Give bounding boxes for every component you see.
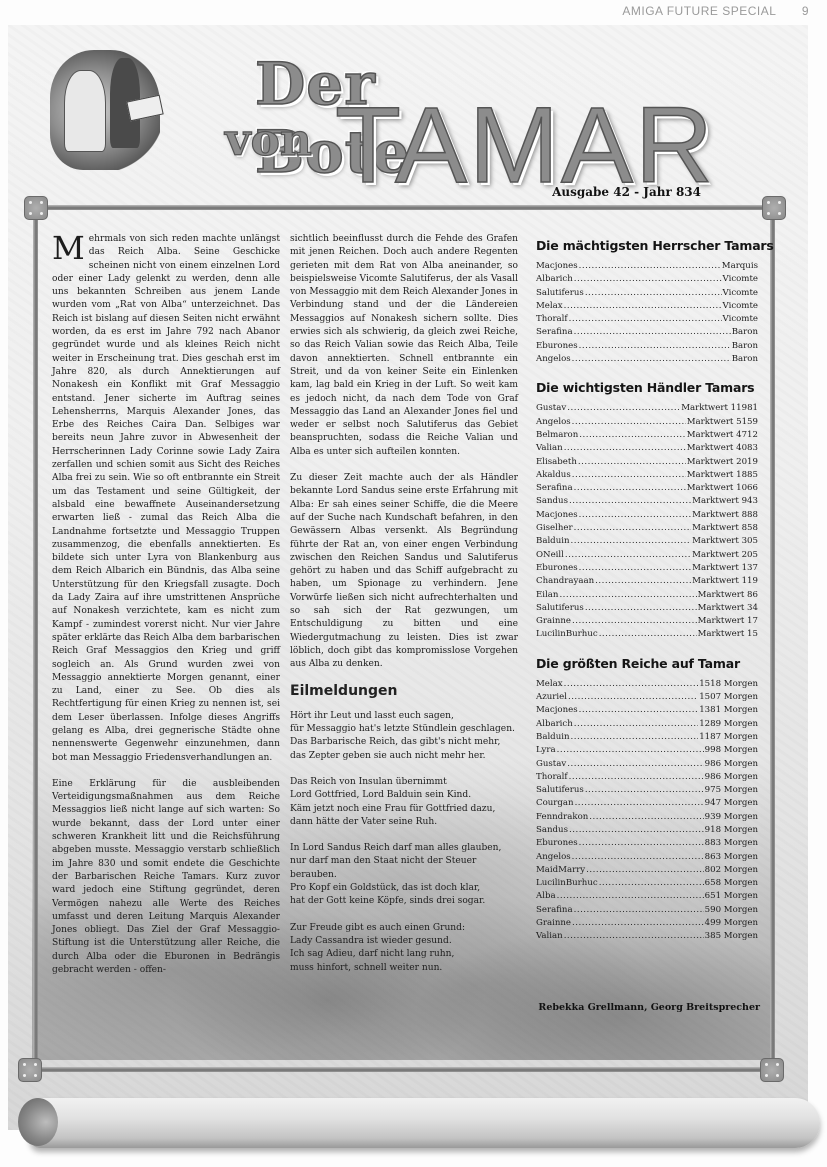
list-item: Lyra998 Morgen: [536, 744, 758, 757]
list-item: Macjones1381 Morgen: [536, 704, 758, 717]
list-item: GiselherMarktwert 858: [536, 522, 758, 535]
dot-leader: [567, 402, 680, 415]
list-item: MelaxVicomte: [536, 300, 758, 313]
list-item-value: Marktwert 1885: [687, 469, 758, 482]
list-item-value: Marktwert 86: [698, 589, 758, 602]
list-item-value: 499 Morgen: [705, 917, 758, 930]
list-item: Alba651 Morgen: [536, 890, 758, 903]
list-item-value: 986 Morgen: [705, 758, 758, 771]
list-item-value: Vicomte: [723, 287, 758, 300]
scroll-curl: [18, 1098, 58, 1146]
list-item-name: Akaldus: [536, 469, 571, 482]
list-item: Albarich1289 Morgen: [536, 718, 758, 731]
list-item-value: 975 Morgen: [705, 784, 758, 797]
list-item-name: MaidMarry: [536, 864, 585, 877]
list-item: EburonesMarktwert 137: [536, 562, 758, 575]
list-item-name: Valian: [536, 930, 563, 943]
list-item-value: 651 Morgen: [705, 890, 758, 903]
dot-leader: [569, 313, 722, 326]
dot-leader: [571, 731, 699, 744]
list-item: Serafina590 Morgen: [536, 904, 758, 917]
list-item-value: Marktwert 119: [692, 575, 758, 588]
dot-leader: [579, 429, 685, 442]
list-item-value: Marktwert 1066: [687, 482, 758, 495]
list-item-value: Marktwert 11981: [681, 402, 758, 415]
list-item: Courgan947 Morgen: [536, 797, 758, 810]
frame-left-bar: [33, 212, 38, 1067]
frame-corner-rivet-icon: [760, 1058, 784, 1082]
list-item-value: Marktwert 943: [692, 495, 758, 508]
realms-list: Melax1518 MorgenAzuriel1507 MorgenMacjon…: [536, 678, 758, 944]
list-item-value: 918 Morgen: [705, 824, 758, 837]
list-item: SerafinaBaron: [536, 326, 758, 339]
dot-leader: [579, 509, 692, 522]
rulers-list: MacjonesMarquisAlbarichVicomteSalutiferu…: [536, 260, 758, 366]
authors-byline: Rebekka Grellmann, Georg Breitsprecher: [538, 1002, 760, 1013]
scroll-roll: [30, 1098, 820, 1148]
list-item-value: Marktwert 4712: [687, 429, 758, 442]
dot-leader: [578, 456, 686, 469]
list-item-name: Melax: [536, 300, 563, 313]
list-item: MacjonesMarquis: [536, 260, 758, 273]
list-item-value: 1187 Morgen: [699, 731, 758, 744]
list-item-name: LucilinBurhuc: [536, 877, 598, 890]
list-item-value: Marktwert 888: [692, 509, 758, 522]
article-paragraph: Zu dieser Zeit machte auch der als Händl…: [290, 472, 518, 671]
list-item-name: ONeill: [536, 549, 564, 562]
article-column-1: Mehrmals von sich reden machte unlängst …: [52, 233, 280, 990]
list-item-name: Macjones: [536, 260, 578, 273]
dot-leader: [586, 864, 703, 877]
list-item-value: 1507 Morgen: [699, 691, 758, 704]
dot-leader: [569, 495, 691, 508]
list-item-value: Marktwert 34: [698, 602, 758, 615]
news-heading: Eilmeldungen: [290, 685, 518, 698]
list-item-value: Marktwert 2019: [687, 456, 758, 469]
list-item: Salutiferus975 Morgen: [536, 784, 758, 797]
dot-leader: [574, 904, 704, 917]
list-item-name: Chandrayaan: [536, 575, 594, 588]
dot-leader: [564, 300, 722, 313]
traders-title: Die wichtigsten Händler Tamars: [536, 380, 758, 395]
list-item-value: 986 Morgen: [705, 771, 758, 784]
list-item: GrainneMarktwert 17: [536, 615, 758, 628]
list-item-name: Balduin: [536, 535, 570, 548]
list-item: SandusMarktwert 943: [536, 495, 758, 508]
list-item: Valian385 Morgen: [536, 930, 758, 943]
frame-right-bar: [770, 212, 775, 1067]
list-item-value: Marktwert 137: [692, 562, 758, 575]
list-item: SerafinaMarktwert 1066: [536, 482, 758, 495]
king-figure: [64, 70, 106, 152]
list-item-name: Fenndrakon: [536, 811, 588, 824]
list-item-name: Angelos: [536, 416, 571, 429]
list-item: MacjonesMarktwert 888: [536, 509, 758, 522]
list-item: ElisabethMarktwert 2019: [536, 456, 758, 469]
list-item-name: Alba: [536, 890, 556, 903]
list-item: EburonesBaron: [536, 340, 758, 353]
list-item-name: Melax: [536, 678, 563, 691]
dot-leader: [585, 602, 697, 615]
dot-leader: [571, 535, 692, 548]
list-item: SalutiferusVicomte: [536, 287, 758, 300]
dot-leader: [572, 469, 686, 482]
dot-leader: [574, 522, 692, 535]
list-item: Angelos863 Morgen: [536, 851, 758, 864]
list-item: MaidMarry802 Morgen: [536, 864, 758, 877]
list-item-name: Angelos: [536, 353, 571, 366]
list-item-value: Marquis: [722, 260, 758, 273]
list-item-value: 939 Morgen: [705, 811, 758, 824]
page-number: 9: [802, 4, 809, 18]
dot-leader: [599, 628, 697, 641]
list-item: Sandus918 Morgen: [536, 824, 758, 837]
dot-leader: [569, 824, 704, 837]
list-item-name: Balduin: [536, 731, 570, 744]
article-paragraph: Mehrmals von sich reden machte unlängst …: [52, 233, 280, 765]
dot-leader: [574, 718, 698, 731]
list-item: Azuriel1507 Morgen: [536, 691, 758, 704]
list-item-name: Albarich: [536, 718, 573, 731]
list-item-name: Macjones: [536, 509, 578, 522]
dot-leader: [595, 575, 691, 588]
frame-corner-rivet-icon: [24, 196, 48, 220]
list-item-name: Macjones: [536, 704, 578, 717]
list-item: SalutiferusMarktwert 34: [536, 602, 758, 615]
list-item-value: Vicomte: [723, 313, 758, 326]
poem-stanza: Zur Freude gibt es auch einen Grund: Lad…: [290, 922, 518, 975]
page-header: AMIGA FUTURE SPECIAL 9: [622, 4, 809, 18]
list-item-value: Baron: [732, 353, 758, 366]
list-item: ONeillMarktwert 205: [536, 549, 758, 562]
dot-leader: [599, 877, 704, 890]
list-item: Fenndrakon939 Morgen: [536, 811, 758, 824]
list-item-value: Marktwert 858: [692, 522, 758, 535]
dot-leader: [574, 482, 686, 495]
dot-leader: [568, 691, 698, 704]
list-item-value: 658 Morgen: [705, 877, 758, 890]
list-item-name: Thoralf: [536, 771, 568, 784]
poem-stanza: Hört ihr Leut und lasst euch sagen, für …: [290, 710, 518, 763]
rankings-sidebar: Die mächtigsten Herrscher Tamars Macjone…: [536, 238, 758, 958]
list-item-value: Baron: [732, 340, 758, 353]
dot-leader: [565, 549, 691, 562]
poem-stanza: Das Reich von Insulan übernimmt Lord Got…: [290, 776, 518, 829]
publication-name: AMIGA FUTURE SPECIAL: [622, 4, 776, 18]
list-item-value: 998 Morgen: [705, 744, 758, 757]
list-item-name: Angelos: [536, 851, 571, 864]
list-item: Balduin1187 Morgen: [536, 731, 758, 744]
dot-leader: [572, 416, 686, 429]
list-item: Melax1518 Morgen: [536, 678, 758, 691]
list-item-value: Vicomte: [723, 273, 758, 286]
list-item-value: 802 Morgen: [705, 864, 758, 877]
list-item-value: Marktwert 305: [692, 535, 758, 548]
list-item-name: Serafina: [536, 904, 573, 917]
masthead-von: von: [225, 115, 312, 166]
list-item-name: Eburones: [536, 837, 578, 850]
list-item-name: Elisabeth: [536, 456, 577, 469]
issue-label: Ausgabe 42 - Jahr 834: [552, 185, 701, 199]
frame-bottom-bar: [40, 1067, 780, 1072]
list-item-name: Grainne: [536, 917, 571, 930]
traders-list: GustavMarktwert 11981AngelosMarktwert 51…: [536, 402, 758, 641]
list-item-value: Marktwert 5159: [687, 416, 758, 429]
dot-leader: [564, 442, 686, 455]
dot-leader: [569, 771, 704, 784]
realms-title: Die größten Reiche auf Tamar: [536, 656, 758, 671]
dot-leader: [557, 744, 704, 757]
dot-leader: [574, 326, 731, 339]
list-item-name: Eburones: [536, 562, 578, 575]
dot-leader: [579, 260, 721, 273]
list-item: ChandrayaanMarktwert 119: [536, 575, 758, 588]
article-paragraph: sichtlich beeinflusst durch die Fehde de…: [290, 233, 518, 459]
list-item-name: Grainne: [536, 615, 571, 628]
list-item: AngelosBaron: [536, 353, 758, 366]
list-item: GustavMarktwert 11981: [536, 402, 758, 415]
rulers-title: Die mächtigsten Herrscher Tamars: [536, 238, 758, 253]
list-item-name: LucilinBurhuc: [536, 628, 598, 641]
list-item: AngelosMarktwert 5159: [536, 416, 758, 429]
list-item-value: 947 Morgen: [705, 797, 758, 810]
list-item: Grainne499 Morgen: [536, 917, 758, 930]
list-item-value: 863 Morgen: [705, 851, 758, 864]
frame-top-bar: [40, 205, 780, 210]
frame-corner-rivet-icon: [762, 196, 786, 220]
list-item-name: Salutiferus: [536, 287, 584, 300]
list-item-name: Eburones: [536, 340, 578, 353]
list-item-name: Serafina: [536, 482, 573, 495]
list-item: AkaldusMarktwert 1885: [536, 469, 758, 482]
dot-leader: [572, 917, 704, 930]
list-item-name: Gustav: [536, 402, 566, 415]
king-and-advisor-illustration: [50, 50, 160, 170]
list-item-name: Sandus: [536, 824, 568, 837]
list-item-value: Vicomte: [723, 300, 758, 313]
dot-leader: [575, 797, 704, 810]
list-item-name: Belmaron: [536, 429, 578, 442]
dot-leader: [585, 784, 704, 797]
list-item-name: Sandus: [536, 495, 568, 508]
list-item: AlbarichVicomte: [536, 273, 758, 286]
dot-leader: [557, 890, 704, 903]
list-item-value: Marktwert 4083: [687, 442, 758, 455]
list-item-value: Baron: [732, 326, 758, 339]
dot-leader: [574, 273, 722, 286]
dot-leader: [564, 678, 699, 691]
list-item: Thoralf986 Morgen: [536, 771, 758, 784]
article-column-2: sichtlich beeinflusst durch die Fehde de…: [290, 233, 518, 988]
list-item-value: 590 Morgen: [705, 904, 758, 917]
list-item-name: Albarich: [536, 273, 573, 286]
dot-leader: [572, 851, 704, 864]
list-item-value: Marktwert 17: [698, 615, 758, 628]
dot-leader: [579, 837, 704, 850]
dot-leader: [572, 615, 697, 628]
list-item-value: Marktwert 205: [692, 549, 758, 562]
dot-leader: [579, 704, 699, 717]
list-item: ValianMarktwert 4083: [536, 442, 758, 455]
list-item-value: 883 Morgen: [705, 837, 758, 850]
list-item: LucilinBurhuc658 Morgen: [536, 877, 758, 890]
list-item-name: Salutiferus: [536, 602, 584, 615]
dot-leader: [572, 353, 731, 366]
list-item-name: Lyra: [536, 744, 556, 757]
list-item-value: 1518 Morgen: [699, 678, 758, 691]
list-item: ThoralfVicomte: [536, 313, 758, 326]
list-item: Eburones883 Morgen: [536, 837, 758, 850]
dot-leader: [567, 758, 703, 771]
list-item-name: Azuriel: [536, 691, 567, 704]
dot-leader: [585, 287, 722, 300]
list-item-value: Marktwert 15: [698, 628, 758, 641]
frame-corner-rivet-icon: [18, 1058, 42, 1082]
dot-leader: [589, 811, 703, 824]
dot-leader: [579, 562, 692, 575]
list-item: EilanMarktwert 86: [536, 589, 758, 602]
list-item: LucilinBurhucMarktwert 15: [536, 628, 758, 641]
list-item-name: Giselher: [536, 522, 573, 535]
list-item: Gustav986 Morgen: [536, 758, 758, 771]
dot-leader: [559, 589, 696, 602]
list-item-name: Eilan: [536, 589, 558, 602]
list-item-name: Valian: [536, 442, 563, 455]
list-item-value: 1289 Morgen: [699, 718, 758, 731]
list-item: BalduinMarktwert 305: [536, 535, 758, 548]
list-item-name: Serafina: [536, 326, 573, 339]
dot-leader: [564, 930, 704, 943]
list-item-value: 1381 Morgen: [699, 704, 758, 717]
dot-leader: [579, 340, 731, 353]
article-paragraph: Eine Erklärung für die ausbleibenden Ver…: [52, 778, 280, 977]
list-item-name: Courgan: [536, 797, 574, 810]
list-item: BelmaronMarktwert 4712: [536, 429, 758, 442]
list-item-name: Salutiferus: [536, 784, 584, 797]
list-item-name: Thoralf: [536, 313, 568, 326]
dropcap: M: [52, 235, 85, 261]
list-item-name: Gustav: [536, 758, 566, 771]
list-item-value: 385 Morgen: [705, 930, 758, 943]
poem-stanza: In Lord Sandus Reich darf man alles glau…: [290, 842, 518, 908]
